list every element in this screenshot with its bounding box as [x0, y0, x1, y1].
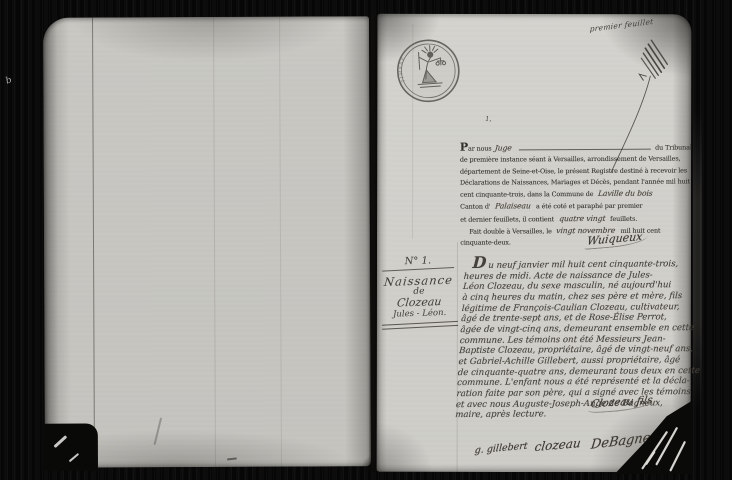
hand-insert-feuillets-count: quatre vingt	[558, 213, 605, 225]
margin-rule	[382, 267, 454, 272]
blank-rule	[518, 149, 651, 151]
hand-insert-canton: Palaiseau	[495, 201, 532, 212]
ink-dash-artifact	[227, 457, 237, 460]
preamble-text: du Tribunal	[655, 142, 692, 153]
preamble-text: Par nous	[460, 142, 492, 155]
page-edge-highlight	[693, 110, 702, 410]
folio-mark: 1,	[485, 115, 491, 123]
film-streak	[53, 435, 67, 448]
film-blemish: b	[5, 75, 14, 86]
left-blank-page	[43, 16, 371, 467]
preamble-text: Fait double à Versailles, le	[469, 227, 552, 235]
preamble-text: cent cinquante-trois, dans la Commune de	[460, 190, 593, 199]
paper-streak	[213, 17, 216, 467]
preamble-text: feuillets.	[610, 215, 637, 223]
register-recto-page: TIMBRE premier feuillet	[377, 14, 692, 473]
preamble-text: Canton d'	[460, 203, 490, 211]
preamble-text: cinquante-deux.	[460, 237, 692, 250]
hand-insert-commune: Laville du bois	[598, 188, 654, 200]
act-surname: Clozeau	[379, 294, 460, 310]
film-streak	[69, 453, 79, 462]
ink-scratch-artifact	[154, 417, 163, 445]
torn-corner-shadow	[43, 423, 98, 470]
act-number: N° 1.	[378, 254, 458, 268]
margin-double-rule	[382, 321, 458, 330]
page-fold-line	[92, 17, 95, 467]
preamble-text: Déclarations de Naissances, Mariages et …	[460, 176, 692, 189]
preamble-text: de première instance séant à Versailles,…	[460, 154, 692, 167]
preamble-text: et dernier feuillets, il contient	[460, 215, 554, 223]
timbre-seal-stamp-icon: TIMBRE	[393, 36, 463, 106]
margin-act-note: N° 1. Naissance de Clozeau Jules - Léon.	[378, 254, 460, 329]
microfilm-scan: TIMBRE premier feuillet	[0, 0, 732, 480]
hand-insert-juge: Juge	[494, 142, 512, 153]
act-type: Naissance	[378, 272, 459, 289]
margin-crease-line	[412, 24, 413, 239]
paper-streak	[279, 17, 282, 467]
witness-signature-gillebert: g. gillebert	[474, 441, 528, 457]
preamble-text: a été coté et paraphé par premier	[536, 202, 643, 211]
film-corner-wedge	[597, 394, 693, 474]
printed-preamble: Par nous Juge du Tribunal de première in…	[460, 140, 693, 249]
witness-signature-clozeau: clozeau	[534, 436, 582, 454]
act-line: Du neuf janvier mil huit cent cinquante-…	[464, 256, 695, 272]
